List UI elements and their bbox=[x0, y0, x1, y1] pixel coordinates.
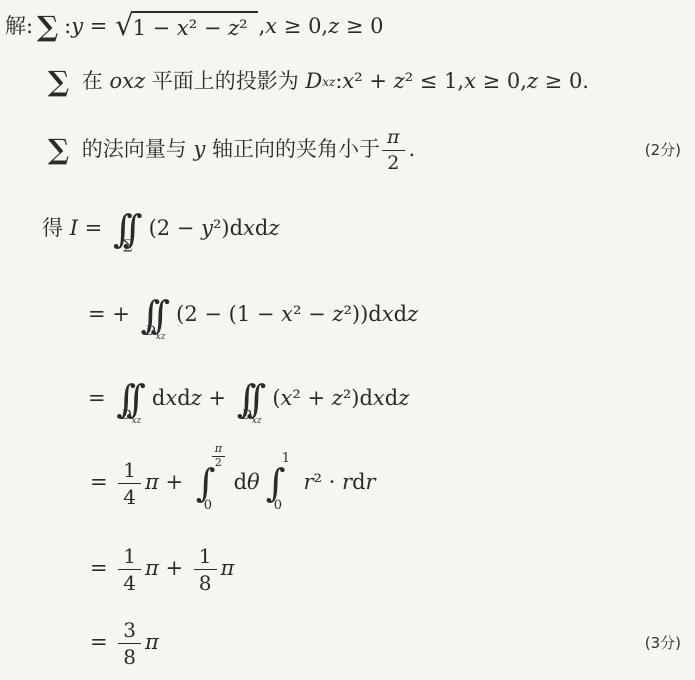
expr-text: ( bbox=[272, 386, 280, 411]
differential-d: d bbox=[385, 386, 398, 411]
colon: : bbox=[335, 69, 342, 94]
expr-text: ² · bbox=[314, 470, 342, 495]
radicand: 1 − x² − z² bbox=[131, 11, 258, 41]
var-x: x bbox=[165, 386, 177, 411]
pi-symbol: π bbox=[145, 630, 159, 655]
expr-text: (2 − (1 − bbox=[176, 302, 281, 327]
var-z: z bbox=[407, 302, 418, 327]
double-integral-over-sigma: ∫∫∑ bbox=[113, 210, 143, 248]
fraction-1-4: 14 bbox=[118, 458, 141, 509]
differential-d: d bbox=[177, 386, 190, 411]
domain-sub-xz: xz bbox=[131, 416, 141, 426]
var-y: y bbox=[201, 216, 213, 241]
text-projection-mid: 平面上的投影为 bbox=[145, 69, 305, 94]
expr-text: ² ≤ 1, bbox=[405, 69, 464, 94]
differential-d: d bbox=[394, 302, 407, 327]
constraint-text: ≥ 0. bbox=[538, 69, 589, 94]
integral-domain-sigma: ∑ bbox=[123, 239, 132, 252]
var-I: I bbox=[70, 216, 78, 241]
equals-sign: = bbox=[90, 556, 114, 581]
fraction-denominator: 8 bbox=[199, 570, 212, 595]
fraction-denominator: 4 bbox=[123, 570, 136, 595]
expr-text: ² + bbox=[354, 69, 393, 94]
var-r: r bbox=[342, 470, 352, 495]
equals-sign: = bbox=[90, 630, 114, 655]
sigma-surface-symbol: ∑ bbox=[48, 136, 69, 164]
equals-sign: = bbox=[78, 216, 109, 241]
equation-line-5: = + ∫∫Dxz (2 − (1 − x ² − z ²)) d x d z bbox=[88, 286, 418, 344]
mini-fraction: π2 bbox=[212, 443, 225, 469]
radicand-text: 1 − bbox=[133, 16, 177, 40]
radicand-text: ² bbox=[239, 16, 247, 40]
fraction-1-4: 14 bbox=[118, 544, 141, 595]
equals-plus: = + bbox=[88, 302, 137, 327]
double-integral-over-Dxz: ∫∫Dxz bbox=[237, 380, 267, 418]
integral-domain-Dxz: Dxz bbox=[145, 325, 165, 342]
domain-D: D bbox=[145, 324, 155, 339]
var-z: z bbox=[191, 386, 202, 411]
equation-line-1: 解: ∑ : y = √1 − x² − z² , x ≥ 0, z ≥ 0 bbox=[5, 4, 384, 50]
integral-theta-0-to-pi-over-2: ∫π20 bbox=[196, 464, 228, 502]
var-y: y bbox=[193, 137, 205, 162]
fraction-3-8: 38 bbox=[118, 618, 141, 669]
var-x: x bbox=[464, 69, 476, 94]
double-integral-over-Dxz: ∫∫Dxz bbox=[141, 296, 171, 334]
fraction-numerator: π bbox=[382, 126, 405, 151]
equation-line-4: 得 I = ∫∫∑ (2 − y ²) d x d z bbox=[42, 198, 279, 260]
lower-limit-0: 0 bbox=[204, 499, 212, 512]
plus-sign: + bbox=[159, 556, 190, 581]
lower-limit-0: 0 bbox=[274, 499, 282, 512]
text-angle: 轴正向的夹角小于 bbox=[205, 137, 380, 162]
var-D: D bbox=[305, 69, 322, 94]
constraint-text: ≥ 0, bbox=[277, 14, 328, 39]
var-x: x bbox=[177, 16, 189, 40]
expr-text: ²)) bbox=[343, 302, 368, 327]
score-badge-2pts: (2分) bbox=[645, 141, 681, 159]
var-z: z bbox=[527, 69, 538, 94]
equals-sign: = bbox=[83, 14, 114, 39]
pi-symbol: π bbox=[145, 470, 159, 495]
equation-line-8: = 14 π + 18 π bbox=[90, 536, 234, 602]
integral-r-0-to-1: ∫10 bbox=[266, 464, 298, 502]
upper-limit-pi-over-2: π2 bbox=[212, 442, 225, 469]
sigma-surface-symbol: ∑ bbox=[37, 13, 58, 41]
subscript-xz: xz bbox=[322, 75, 335, 89]
period: . bbox=[409, 137, 416, 162]
comma: , bbox=[259, 14, 266, 39]
expr-text: ²) bbox=[343, 386, 360, 411]
var-oxz-plane: oxz bbox=[109, 69, 145, 94]
var-z: z bbox=[332, 386, 343, 411]
integral-domain-Dxz: Dxz bbox=[241, 409, 261, 426]
var-x: x bbox=[265, 14, 277, 39]
var-z: z bbox=[332, 302, 343, 327]
domain-D: D bbox=[241, 408, 251, 423]
text-projection-pre: 在 bbox=[75, 69, 109, 94]
var-z: z bbox=[328, 14, 339, 39]
var-z: z bbox=[268, 216, 279, 241]
var-z: z bbox=[398, 386, 409, 411]
differential-d: d bbox=[255, 216, 268, 241]
equation-line-9: = 38 π (3分) bbox=[90, 610, 681, 676]
score-badge-3pts: (3分) bbox=[645, 634, 681, 652]
fraction-numerator: 1 bbox=[118, 544, 141, 570]
fraction-numerator: 1 bbox=[118, 458, 141, 484]
mini-fraction-numerator: π bbox=[212, 443, 225, 457]
plus-sign: + bbox=[202, 386, 233, 411]
expr-text: ²) bbox=[213, 216, 230, 241]
var-x: x bbox=[243, 216, 255, 241]
equation-line-2: ∑ 在 oxz 平面上的投影为 D xz : x ² + z ² ≤ 1, x … bbox=[44, 60, 589, 104]
fraction-1-8: 18 bbox=[194, 544, 217, 595]
var-z: z bbox=[394, 69, 405, 94]
pi-symbol: π bbox=[221, 556, 235, 581]
domain-D: D bbox=[121, 408, 131, 423]
var-theta: θ bbox=[247, 470, 260, 495]
plus-sign: + bbox=[159, 470, 190, 495]
differential-d: d bbox=[359, 386, 372, 411]
var-x: x bbox=[281, 302, 293, 327]
expr-text: ² − bbox=[293, 302, 332, 327]
integral-domain-Dxz: Dxz bbox=[121, 409, 141, 426]
differential-d: d bbox=[234, 470, 247, 495]
radicand-text: ² − bbox=[189, 16, 228, 40]
mini-fraction-denominator: 2 bbox=[215, 457, 222, 470]
pi-symbol: π bbox=[145, 556, 159, 581]
var-x: x bbox=[382, 302, 394, 327]
text-obtain: 得 bbox=[42, 216, 70, 241]
fraction-denominator: 2 bbox=[387, 151, 399, 175]
square-root: √1 − x² − z² bbox=[115, 11, 258, 43]
equals-sign: = bbox=[90, 470, 114, 495]
fraction-numerator: 3 bbox=[118, 618, 141, 644]
equation-line-6: = ∫∫Dxz d x d z + ∫∫Dxz ( x ² + z ²) d x… bbox=[88, 370, 409, 428]
label-solution: 解: bbox=[5, 14, 33, 39]
fraction-numerator: 1 bbox=[194, 544, 217, 570]
differential-d: d bbox=[152, 386, 165, 411]
equals-sign: = bbox=[88, 386, 112, 411]
text-normal-vector: 的法向量与 bbox=[75, 137, 193, 162]
differential-d: d bbox=[230, 216, 243, 241]
domain-sub-xz: xz bbox=[252, 416, 262, 426]
differential-d: d bbox=[352, 470, 365, 495]
fraction-denominator: 4 bbox=[123, 484, 136, 509]
var-r: r bbox=[304, 470, 314, 495]
differential-d: d bbox=[368, 302, 381, 327]
domain-sub-xz: xz bbox=[156, 332, 166, 342]
constraint-text: ≥ 0 bbox=[339, 14, 383, 39]
constraint-text: ≥ 0, bbox=[476, 69, 527, 94]
var-x: x bbox=[342, 69, 354, 94]
var-x: x bbox=[281, 386, 293, 411]
upper-limit-1: 1 bbox=[282, 452, 290, 465]
var-y: y bbox=[71, 14, 83, 39]
var-z: z bbox=[228, 16, 239, 40]
expr-text: ² + bbox=[292, 386, 331, 411]
fraction-pi-over-2: π2 bbox=[382, 126, 405, 175]
var-r: r bbox=[366, 470, 376, 495]
expr-text: (2 − bbox=[149, 216, 202, 241]
sigma-surface-symbol: ∑ bbox=[48, 68, 69, 96]
double-integral-over-Dxz: ∫∫Dxz bbox=[116, 380, 146, 418]
equation-line-7: = 14 π + ∫π20 d θ ∫10 r ² · r d r bbox=[90, 450, 376, 516]
fraction-denominator: 8 bbox=[123, 644, 136, 669]
math-solution-page: 解: ∑ : y = √1 − x² − z² , x ≥ 0, z ≥ 0 ∑… bbox=[0, 0, 695, 680]
equation-line-3: ∑ 的法向量与 y 轴正向的夹角小于 π2 . (2分) bbox=[44, 124, 681, 176]
var-x: x bbox=[373, 386, 385, 411]
